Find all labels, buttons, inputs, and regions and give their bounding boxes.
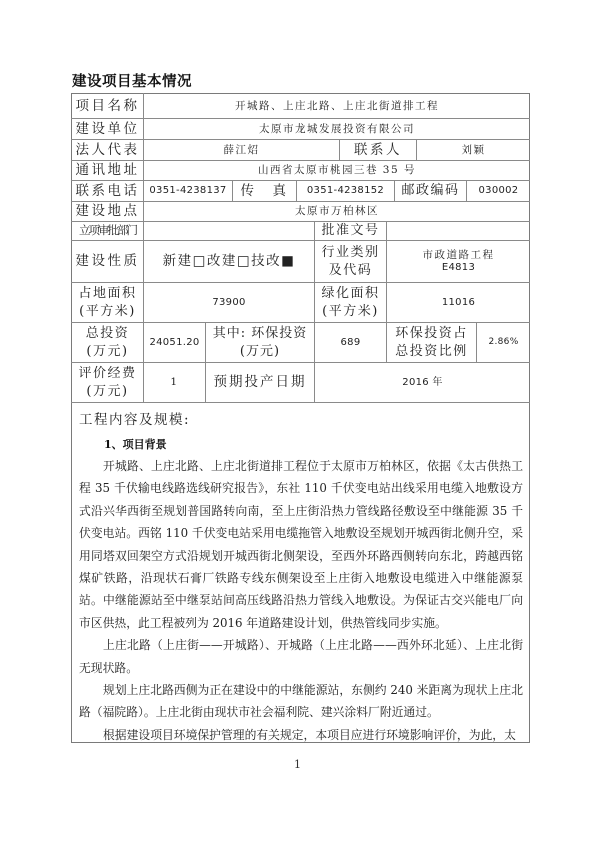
env-ratio-label-line1: 环保投资占 bbox=[395, 325, 468, 343]
postcode-label: 邮政编码 bbox=[395, 181, 466, 201]
env-investment-label-line1: 其中: 环保投资 bbox=[213, 325, 308, 343]
address-value: 山西省太原市桃园三巷 35 号 bbox=[144, 161, 530, 180]
paragraph: 开城路、上庄北路、上庄北街道排工程位于太原市万柏林区，依据《太古供热工程 35 … bbox=[79, 455, 523, 634]
industry-label-line1: 行业类别 bbox=[321, 244, 379, 262]
industry-value: 市政道路工程 E4813 bbox=[387, 241, 530, 282]
address-label: 通讯地址 bbox=[72, 161, 143, 180]
page-number: 1 bbox=[0, 758, 595, 771]
operation-date-label: 预期投产日期 bbox=[206, 363, 314, 402]
contact-value: 刘颖 bbox=[417, 140, 530, 160]
section-title: 1、项目背景 bbox=[104, 436, 167, 452]
project-name-value: 开城路、上庄北路、上庄北街道排工程 bbox=[144, 94, 530, 118]
total-investment-label-line2: (万元) bbox=[86, 343, 128, 361]
green-area-label: 绿化面积 (平方米) bbox=[315, 283, 386, 322]
approval-doc-label: 批准文号 bbox=[315, 222, 386, 240]
paragraph: 上庄北路（上庄街——开城路）、开城路（上庄北路——西外环北延）、上庄北街无现状路… bbox=[79, 634, 523, 679]
legal-rep-label: 法人代表 bbox=[72, 140, 143, 160]
nature-label: 建设性质 bbox=[72, 241, 143, 282]
area-label: 占地面积 (平方米) bbox=[72, 283, 143, 322]
evaluation-fee-label-line2: (万元) bbox=[86, 383, 128, 401]
industry-label: 行业类别 及代码 bbox=[315, 241, 386, 282]
env-investment-label-line2: (万元) bbox=[240, 343, 280, 361]
content-heading: 工程内容及规模: bbox=[79, 408, 190, 428]
phone-value: 0351-4238137 bbox=[144, 181, 232, 201]
industry-code: E4813 bbox=[442, 262, 475, 274]
fax-label: 传 真 bbox=[233, 181, 296, 201]
area-label-line1: 占地面积 bbox=[78, 285, 136, 303]
row-divider bbox=[71, 402, 530, 403]
fax-value: 0351-4238152 bbox=[297, 181, 394, 201]
env-investment-label: 其中: 环保投资 (万元) bbox=[206, 323, 314, 362]
construction-unit-label: 建设单位 bbox=[72, 119, 143, 139]
green-area-label-line1: 绿化面积 bbox=[321, 285, 379, 303]
industry-value-line1: 市政道路工程 bbox=[423, 249, 495, 262]
industry-label-line2: 及代码 bbox=[329, 262, 373, 280]
approval-dept-label: 立项审批部门 bbox=[72, 222, 143, 240]
green-area-label-line2: (平方米) bbox=[322, 303, 379, 321]
env-ratio-value: 2.86% bbox=[477, 323, 530, 362]
env-investment-value: 689 bbox=[315, 323, 386, 362]
evaluation-fee-label-line1: 评价经费 bbox=[78, 365, 136, 383]
total-investment-label: 总投资 (万元) bbox=[72, 323, 143, 362]
area-label-line2: (平方米) bbox=[79, 303, 136, 321]
nature-options: 新建□改建□技改■ bbox=[144, 241, 314, 282]
evaluation-fee-label: 评价经费 (万元) bbox=[72, 363, 143, 402]
paragraph: 根据建设项目环境保护管理的有关规定，本项目应进行环境影响评价，为此，太 bbox=[79, 724, 523, 746]
green-area-value: 11016 bbox=[387, 283, 530, 322]
phone-label: 联系电话 bbox=[72, 181, 143, 201]
env-ratio-label: 环保投资占 总投资比例 bbox=[387, 323, 476, 362]
content-body: 开城路、上庄北路、上庄北街道排工程位于太原市万柏林区，依据《太古供热工程 35 … bbox=[79, 455, 523, 746]
total-investment-value: 24051.20 bbox=[144, 323, 205, 362]
operation-date-value: 2016 年 bbox=[315, 363, 530, 402]
construction-unit-value: 太原市龙城发展投资有限公司 bbox=[144, 119, 530, 139]
approval-dept-value bbox=[144, 222, 314, 240]
env-ratio-label-line2: 总投资比例 bbox=[395, 343, 468, 361]
location-label: 建设地点 bbox=[72, 202, 143, 221]
page-title: 建设项目基本情况 bbox=[72, 70, 192, 91]
project-name-label: 项目名称 bbox=[72, 94, 143, 118]
paragraph: 规划上庄北路西侧为正在建设中的中继能源站，东侧约 240 米距离为现状上庄北路（… bbox=[79, 679, 523, 724]
evaluation-fee-value: 1 bbox=[144, 363, 205, 402]
legal-rep-value: 薛江炤 bbox=[144, 140, 339, 160]
contact-label: 联系人 bbox=[340, 140, 416, 160]
total-investment-label-line1: 总投资 bbox=[86, 325, 130, 343]
approval-doc-value bbox=[387, 222, 530, 240]
postcode-value: 030002 bbox=[467, 181, 530, 201]
location-value: 太原市万柏林区 bbox=[144, 202, 530, 221]
area-value: 73900 bbox=[144, 283, 314, 322]
